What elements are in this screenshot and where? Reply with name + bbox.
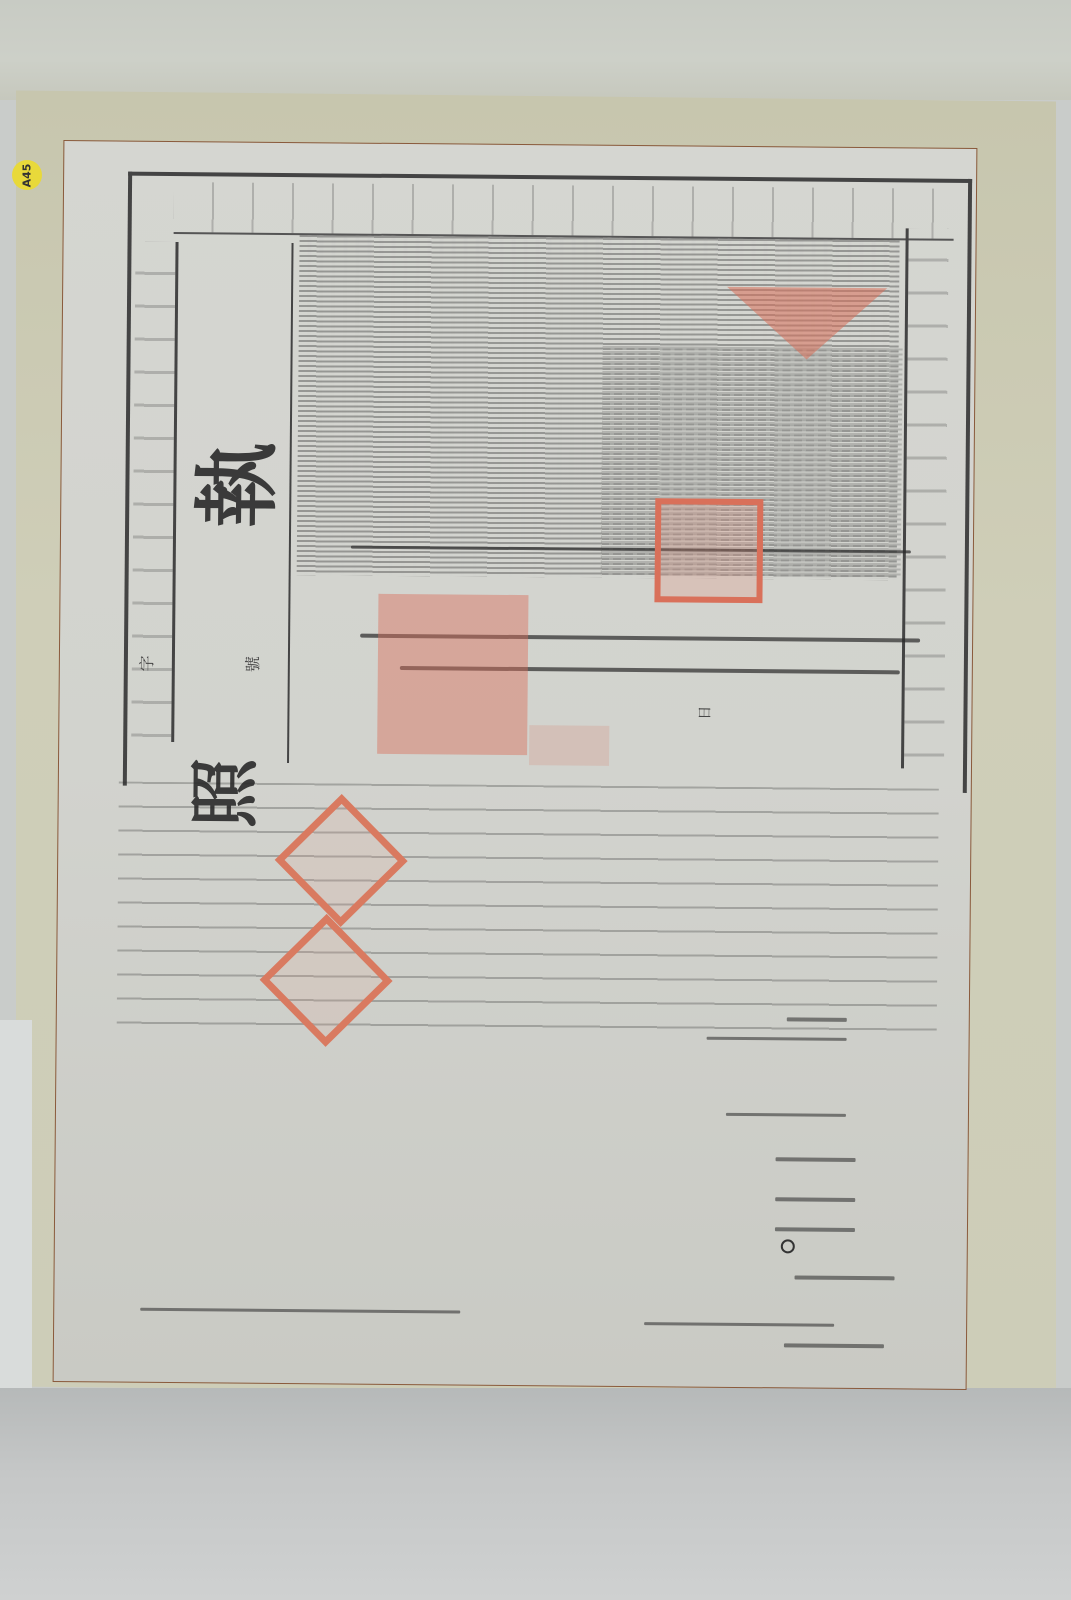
seal-triangle — [727, 287, 888, 360]
catalog-sticker: A45 — [12, 160, 42, 190]
signature-line-6 — [775, 1227, 855, 1232]
handwritten-text-block — [117, 782, 939, 1049]
signature-line-3 — [726, 1113, 846, 1117]
signature-line-4 — [776, 1157, 856, 1162]
marker-zi: 字 — [134, 655, 157, 671]
seal-square-large — [377, 594, 528, 755]
title-char-zhi: 執 — [168, 441, 293, 528]
date-line-left — [140, 1308, 460, 1314]
title-panel: 執 照 號 字 — [171, 242, 294, 763]
marker-hao: 號 — [240, 656, 263, 672]
date-line-right — [644, 1322, 834, 1327]
signature-line-5 — [775, 1197, 855, 1202]
signature-line-1 — [787, 1017, 847, 1022]
circle-mark — [781, 1239, 795, 1253]
seal-square-small — [654, 498, 763, 603]
seal-faded-fragment — [529, 725, 609, 766]
license-document: 執 照 號 字 日 — [53, 140, 978, 1390]
catalog-sticker-label: A45 — [20, 163, 33, 187]
signature-line-7 — [795, 1275, 895, 1280]
dragon-border-right — [901, 228, 949, 768]
signature-line-8 — [784, 1343, 884, 1348]
marker-ri: 日 — [694, 706, 714, 720]
wall-background-bottom — [0, 1388, 1071, 1600]
wall-edge-left — [0, 1020, 32, 1390]
dragon-border-top — [174, 182, 954, 241]
wall-background-top — [0, 0, 1071, 100]
